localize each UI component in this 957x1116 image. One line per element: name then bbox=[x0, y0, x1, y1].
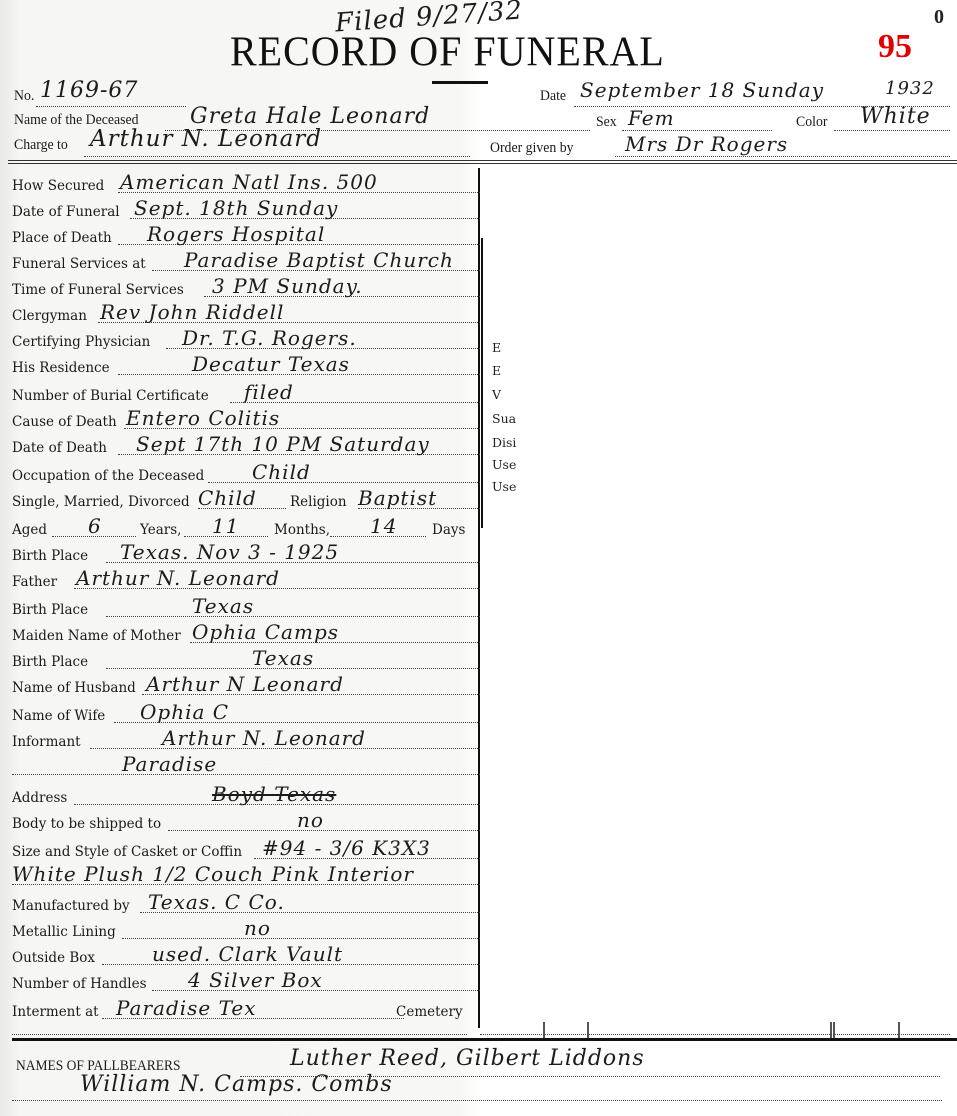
color-value: White bbox=[860, 104, 931, 129]
field-outside-box: Outside Box used. Clark Vault bbox=[12, 942, 480, 968]
field-value: Boyd Texas bbox=[212, 782, 336, 806]
field-value: Arthur N Leonard bbox=[146, 672, 344, 696]
stub-label: Disi bbox=[492, 435, 516, 450]
field-casket-size-style: Size and Style of Casket or Coffin #94 -… bbox=[12, 836, 480, 862]
field-marital-religion: Single, Married, Divorced Child Religion… bbox=[12, 486, 480, 512]
header-divider bbox=[8, 160, 957, 164]
field-value: Ophia C bbox=[140, 700, 229, 724]
cemetery-label: Cemetery bbox=[396, 1004, 463, 1020]
stub-label: Use bbox=[492, 479, 516, 494]
charge-to-value: Arthur N. Leonard bbox=[90, 126, 322, 152]
stub-label: V bbox=[492, 387, 501, 402]
field-husband: Name of Husband Arthur N Leonard bbox=[12, 672, 480, 698]
color-label: Color bbox=[796, 114, 827, 131]
aged-years: 6 bbox=[88, 514, 102, 538]
field-value: Texas. Nov 3 - 1925 bbox=[120, 540, 339, 564]
field-value: no bbox=[297, 808, 324, 832]
field-value: Sept 17th 10 PM Saturday bbox=[136, 432, 430, 456]
field-value: White Plush 1/2 Couch Pink Interior bbox=[12, 862, 414, 886]
field-value: Child bbox=[252, 460, 311, 484]
date-label: Date bbox=[540, 88, 566, 105]
field-certifying-physician: Certifying Physician Dr. T.G. Rogers. bbox=[12, 326, 480, 352]
field-metallic-lining: Metallic Lining no bbox=[12, 916, 480, 942]
field-value: #94 - 3/6 K3X3 bbox=[262, 836, 431, 860]
order-given-value: Mrs Dr Rogers bbox=[625, 132, 788, 156]
field-value: filed bbox=[244, 380, 294, 404]
field-value: Texas bbox=[192, 594, 254, 618]
corner-mark: 0 bbox=[934, 6, 944, 29]
page-title: RECORD OF FUNERAL bbox=[230, 27, 665, 76]
field-value: 3 PM Sunday. bbox=[212, 274, 363, 298]
title-underline bbox=[432, 81, 488, 84]
field-father: Father Arthur N. Leonard bbox=[12, 566, 480, 592]
field-value: used. Clark Vault bbox=[152, 942, 343, 966]
field-birth-place: Birth Place Texas. Nov 3 - 1925 bbox=[12, 540, 480, 566]
field-value: Child bbox=[198, 486, 257, 510]
sex-label: Sex bbox=[596, 114, 617, 131]
field-body-shipped-to: Body to be shipped to no bbox=[12, 808, 480, 834]
field-date-of-funeral: Date of Funeral Sept. 18th Sunday bbox=[12, 196, 480, 222]
pallbearers-line-2: William N. Camps. Combs bbox=[80, 1072, 393, 1097]
no-value: 1169-67 bbox=[40, 78, 138, 103]
charge-to-label: Charge to bbox=[14, 137, 68, 154]
sex-value: Fem bbox=[628, 106, 675, 130]
field-his-residence: His Residence Decatur Texas bbox=[12, 352, 480, 378]
field-mother-birth-place: Birth Place Texas bbox=[12, 646, 480, 672]
field-informant-continued: Paradise bbox=[12, 752, 480, 778]
field-place-of-death: Place of Death Rogers Hospital bbox=[12, 222, 480, 248]
field-funeral-services-at: Funeral Services at Paradise Baptist Chu… bbox=[12, 248, 480, 274]
field-value: Dr. T.G. Rogers. bbox=[182, 326, 357, 350]
field-mother-maiden-name: Maiden Name of Mother Ophia Camps bbox=[12, 620, 480, 646]
column-divider-inner bbox=[481, 238, 483, 528]
field-interment-at: Interment at Paradise Tex Cemetery bbox=[12, 996, 480, 1022]
field-informant: Informant Arthur N. Leonard bbox=[12, 726, 480, 752]
field-clergyman: Clergyman Rev John Riddell bbox=[12, 300, 480, 326]
stub-label: E bbox=[492, 363, 501, 378]
field-time-of-services: Time of Funeral Services 3 PM Sunday. bbox=[12, 274, 480, 300]
stub-label: Sua bbox=[492, 411, 516, 426]
field-value: Texas bbox=[252, 646, 314, 670]
field-value: Texas. C Co. bbox=[148, 890, 285, 914]
stub-label: E bbox=[492, 340, 501, 355]
field-value: Rogers Hospital bbox=[147, 222, 325, 246]
religion-value: Baptist bbox=[358, 486, 437, 510]
field-value: Arthur N. Leonard bbox=[162, 726, 366, 750]
no-label: No. bbox=[14, 88, 34, 105]
pallbearers-line-1: Luther Reed, Gilbert Liddons bbox=[290, 1046, 645, 1071]
field-value: Paradise Baptist Church bbox=[184, 248, 454, 272]
field-casket-continued: White Plush 1/2 Couch Pink Interior bbox=[12, 862, 480, 888]
stub-label: Use bbox=[492, 457, 516, 472]
field-burial-certificate: Number of Burial Certificate filed bbox=[12, 380, 480, 406]
funeral-record-page: Filed 9/27/32 RECORD OF FUNERAL 95 0 No.… bbox=[0, 0, 957, 1116]
aged-days: 14 bbox=[370, 514, 397, 538]
date-year: 1932 bbox=[885, 78, 935, 99]
field-value: Paradise bbox=[122, 752, 217, 776]
date-value: September 18 Sunday bbox=[580, 78, 824, 102]
field-wife: Name of Wife Ophia C bbox=[12, 700, 480, 726]
field-value: no bbox=[244, 916, 271, 940]
field-number-of-handles: Number of Handles 4 Silver Box bbox=[12, 968, 480, 994]
field-address: Address Boyd Texas bbox=[12, 782, 480, 808]
right-blank-area bbox=[478, 170, 957, 1020]
field-value: Paradise Tex bbox=[116, 996, 257, 1020]
aged-months: 11 bbox=[212, 514, 239, 538]
field-value: Decatur Texas bbox=[192, 352, 350, 376]
religion-label: Religion bbox=[290, 494, 347, 510]
field-value: Entero Colitis bbox=[126, 406, 280, 430]
field-father-birth-place: Birth Place Texas bbox=[12, 594, 480, 620]
field-date-of-death: Date of Death Sept 17th 10 PM Saturday bbox=[12, 432, 480, 458]
field-value: 4 Silver Box bbox=[188, 968, 323, 992]
field-aged: Aged 6 Years, 11 Months, 14 Days bbox=[12, 514, 480, 540]
page-number: 95 bbox=[878, 28, 912, 66]
field-value: Ophia Camps bbox=[192, 620, 339, 644]
field-value: American Natl Ins. 500 bbox=[120, 170, 378, 194]
field-value: Arthur N. Leonard bbox=[76, 566, 280, 590]
field-occupation: Occupation of the Deceased Child bbox=[12, 460, 480, 486]
field-cause-of-death: Cause of Death Entero Colitis bbox=[12, 406, 480, 432]
field-manufactured-by: Manufactured by Texas. C Co. bbox=[12, 890, 480, 916]
pallbearers-divider bbox=[12, 1038, 957, 1041]
field-value: Rev John Riddell bbox=[100, 300, 284, 324]
field-how-secured: How Secured American Natl Ins. 500 bbox=[12, 170, 480, 196]
order-given-label: Order given by bbox=[490, 140, 574, 157]
field-value: Sept. 18th Sunday bbox=[134, 196, 338, 220]
